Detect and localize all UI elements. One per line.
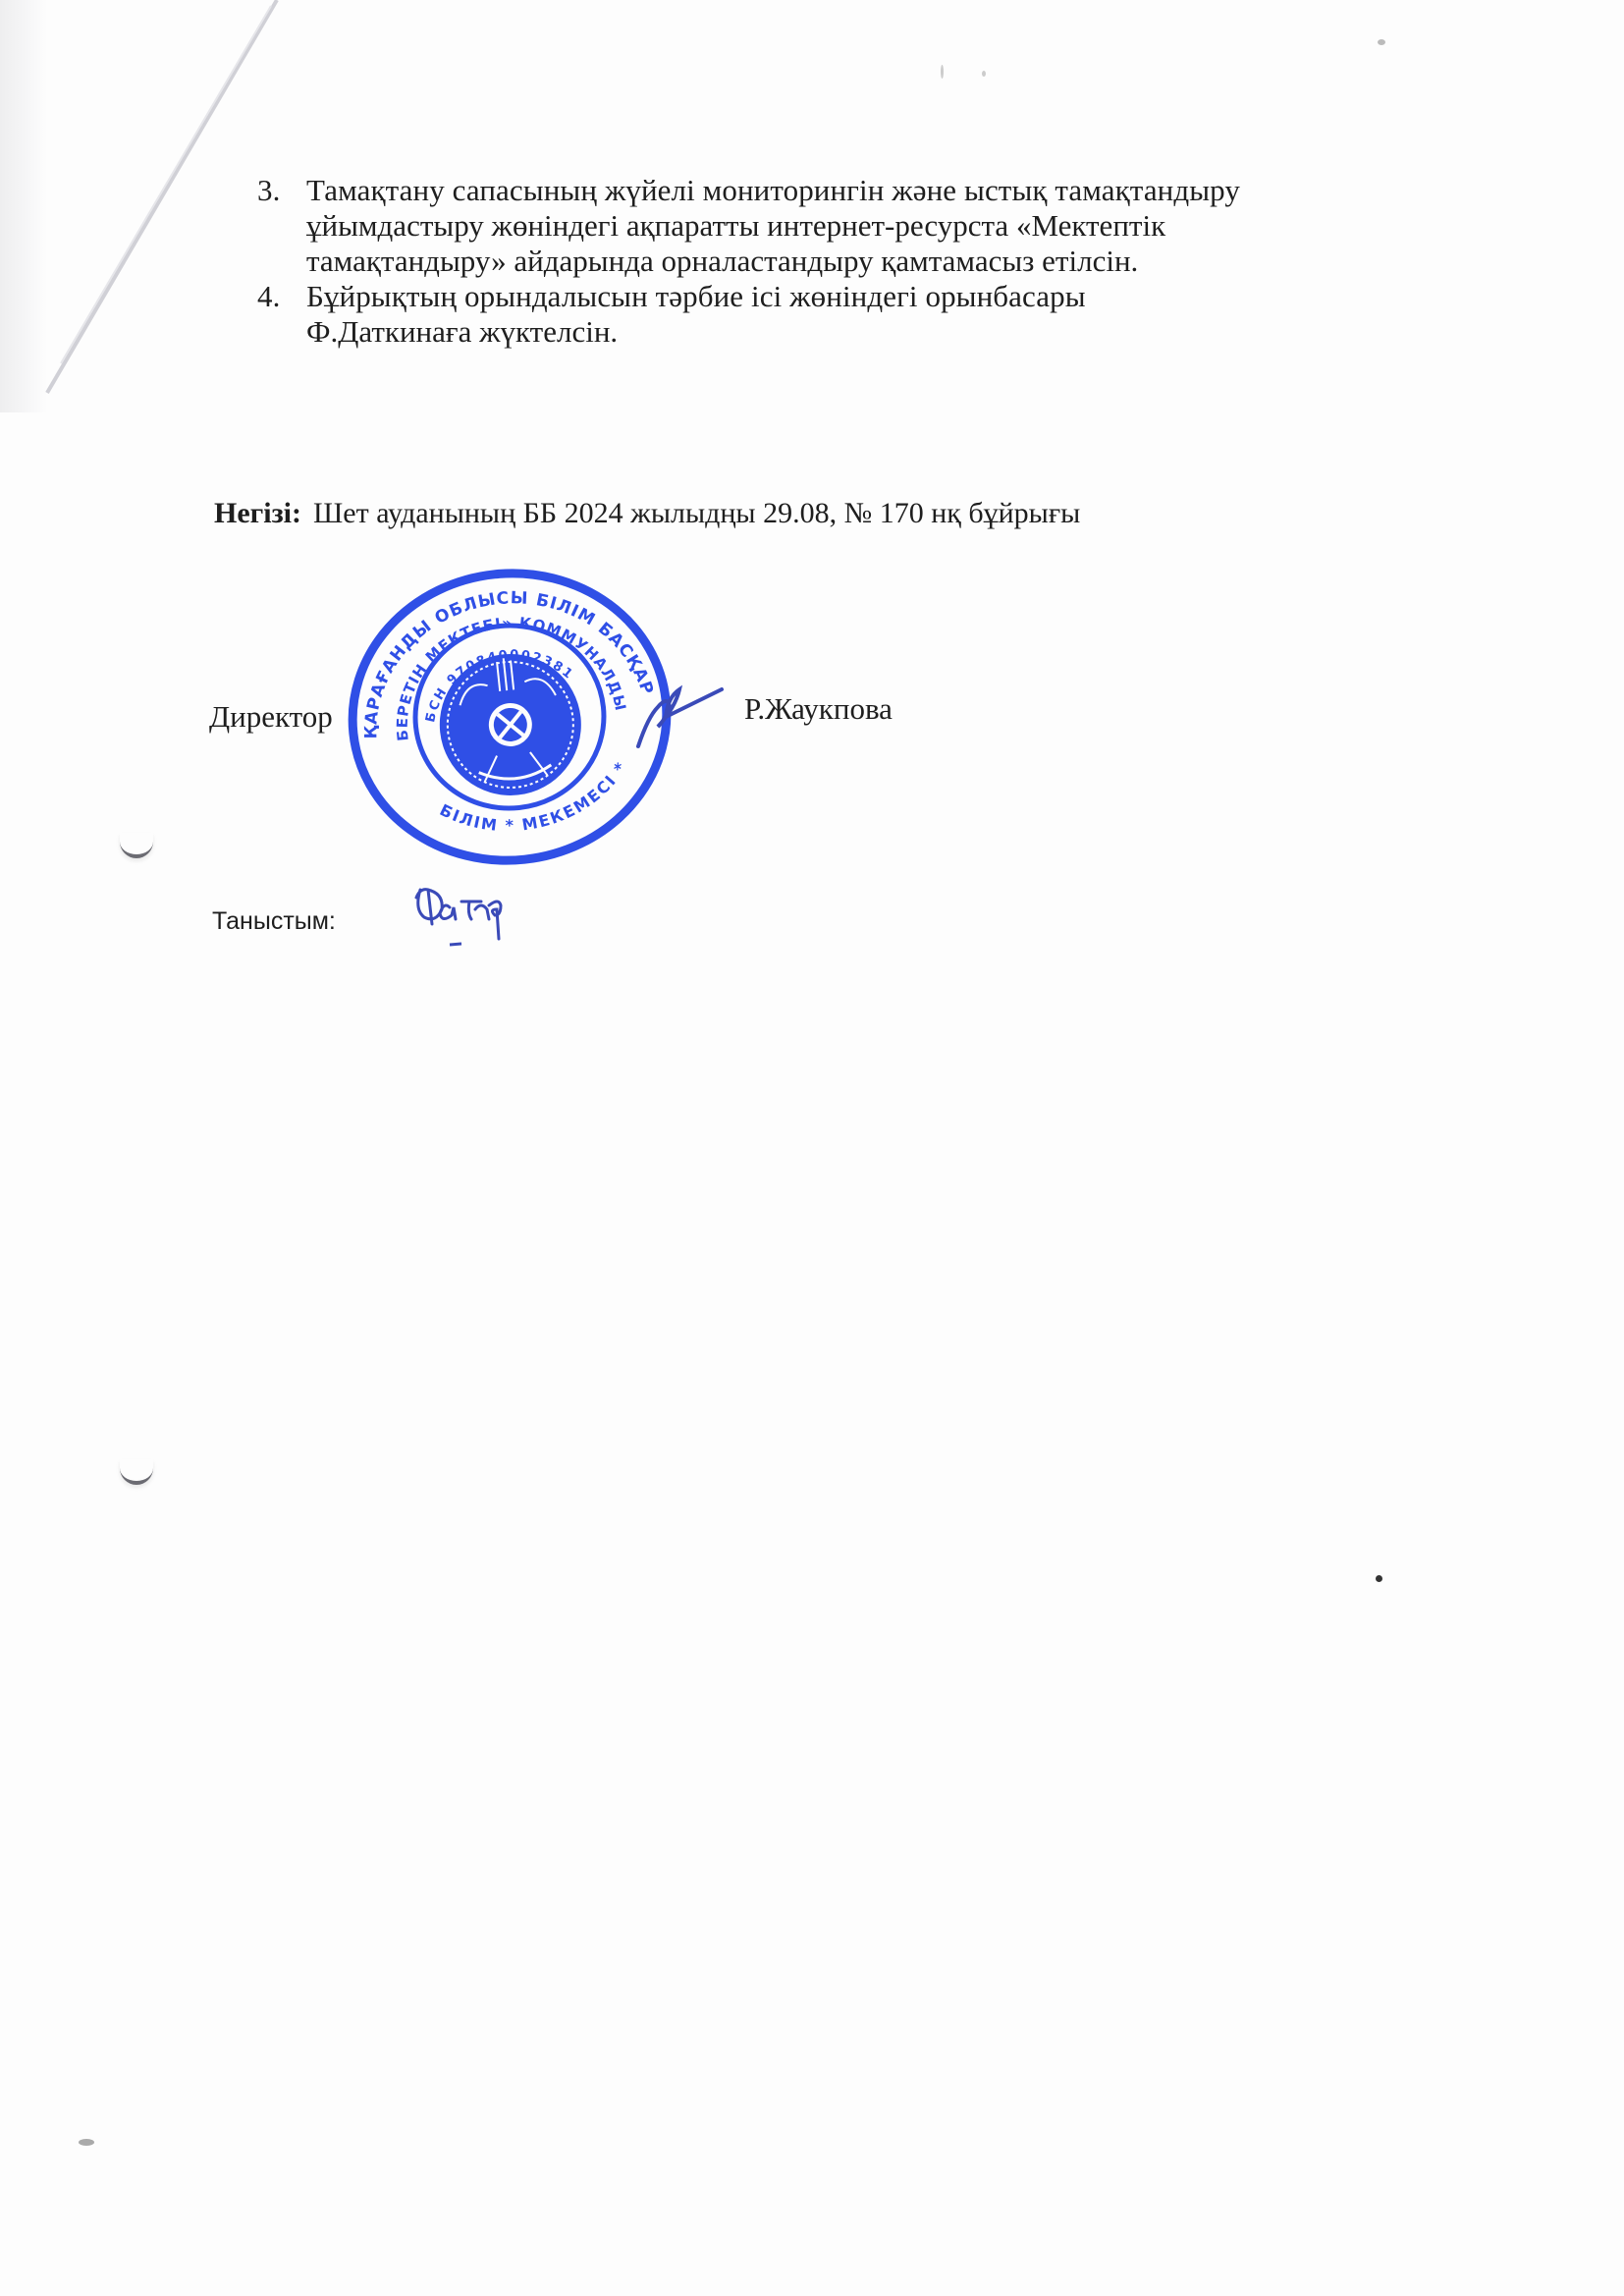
list-text-line: Ф.Даткинаға жүктелсін. <box>306 314 618 350</box>
list-item-4: 4.Бұйрықтың орындалысын тәрбие ісі жөнін… <box>257 279 1086 314</box>
list-text-line: ұйымдастыру жөніндегі ақпаратты интернет… <box>306 208 1165 244</box>
list-text-line: тамақтандыру» айдарында орналастандыру қ… <box>306 244 1138 279</box>
scan-speck <box>982 71 986 77</box>
document-page: 3.Тамақтану сапасының жүйелі мониторингі… <box>0 0 1624 2296</box>
scan-speck <box>941 65 944 79</box>
acknowledgement-signature <box>410 880 528 949</box>
scan-speck <box>79 2139 94 2146</box>
basis-line: Негізі:Шет ауданының ББ 2024 жылыдңы 29.… <box>214 497 1080 530</box>
acknowledgement-label: Таныстым: <box>212 907 336 936</box>
basis-label: Негізі: <box>214 497 301 529</box>
punch-hole-bottom <box>120 1459 153 1485</box>
list-number: 3. <box>257 173 306 208</box>
scan-speck <box>1378 39 1385 45</box>
list-text-line: Бұйрықтың орындалысын тәрбие ісі жөнінде… <box>306 279 1086 313</box>
scan-speck <box>1376 1575 1382 1582</box>
director-name: Р.Жаукпова <box>744 691 893 727</box>
list-text-line: Тамақтану сапасының жүйелі мониторингін … <box>306 173 1240 207</box>
punch-hole-top <box>120 833 153 858</box>
scan-left-edge-shadow <box>0 0 47 412</box>
list-number: 4. <box>257 279 306 314</box>
director-role: Директор <box>209 699 333 735</box>
official-stamp-seal: ҚАРАҒАНДЫ ОБЛЫСЫ БІЛІМ БАСҚАРМАСЫНЫҢ ШЕТ… <box>346 568 675 867</box>
director-signature <box>628 678 736 766</box>
list-item-3: 3.Тамақтану сапасының жүйелі мониторингі… <box>257 173 1240 208</box>
basis-text: Шет ауданының ББ 2024 жылыдңы 29.08, № 1… <box>313 497 1080 529</box>
